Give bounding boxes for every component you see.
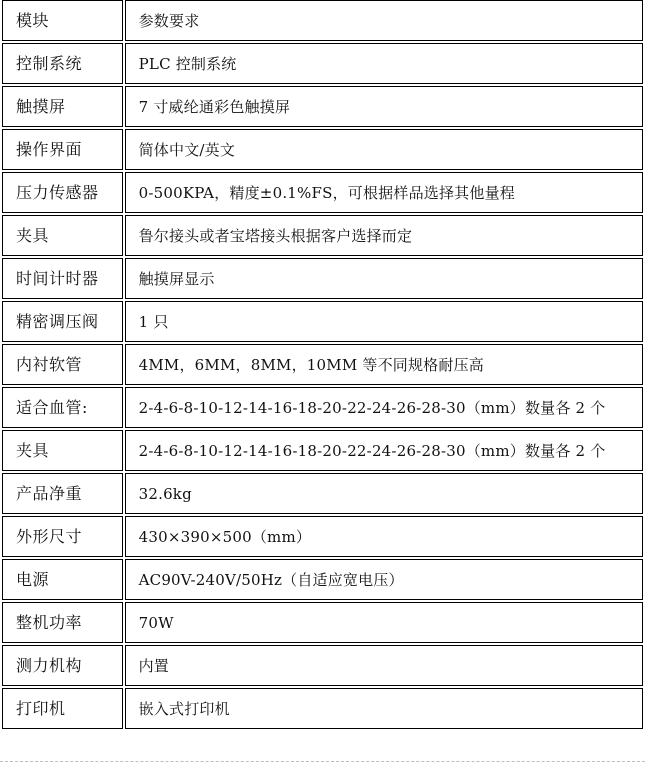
value-text: 2-4-6-8-10-12-14-16-18-20-22-24-26-28-30… bbox=[139, 440, 642, 461]
key-text: 整机功率 bbox=[16, 612, 122, 633]
table-cell-value: 430×390×500（mm） bbox=[125, 516, 643, 557]
table-row: 适合血管: 2-4-6-8-10-12-14-16-18-20-22-24-26… bbox=[2, 387, 643, 428]
value-text: 嵌入式打印机 bbox=[139, 698, 642, 719]
key-text: 操作界面 bbox=[16, 139, 122, 160]
value-text: 70W bbox=[139, 612, 642, 633]
value-text: 4MM，6MM，8MM，10MM 等不同规格耐压高 bbox=[139, 354, 642, 375]
table-cell-key: 操作界面 bbox=[2, 129, 123, 170]
table-row: 整机功率 70W bbox=[2, 602, 643, 643]
table-cell-value: 70W bbox=[125, 602, 643, 643]
table-cell-key: 控制系统 bbox=[2, 43, 123, 84]
table-cell-key: 模块 bbox=[2, 0, 123, 41]
key-text: 外形尺寸 bbox=[16, 526, 122, 547]
table-cell-value: 内置 bbox=[125, 645, 643, 686]
table-row: 夹具 2-4-6-8-10-12-14-16-18-20-22-24-26-28… bbox=[2, 430, 643, 471]
table-row: 压力传感器 0-500KPA，精度±0.1%FS，可根据样品选择其他量程 bbox=[2, 172, 643, 213]
value-text: 430×390×500（mm） bbox=[139, 526, 642, 547]
table-row: 测力机构 内置 bbox=[2, 645, 643, 686]
key-text: 压力传感器 bbox=[16, 182, 122, 203]
value-text: 内置 bbox=[139, 655, 642, 676]
table-cell-key: 适合血管: bbox=[2, 387, 123, 428]
table-cell-value: AC90V-240V/50Hz（自适应宽电压） bbox=[125, 559, 643, 600]
key-text: 内衬软管 bbox=[16, 354, 122, 375]
key-text: 电源 bbox=[16, 569, 122, 590]
key-text: 模块 bbox=[16, 10, 122, 31]
key-text: 产品净重 bbox=[16, 483, 122, 504]
table-cell-value: 参数要求 bbox=[125, 0, 643, 41]
table-row: 产品净重 32.6kg bbox=[2, 473, 643, 514]
key-text: 夹具 bbox=[16, 225, 122, 246]
value-text: 2-4-6-8-10-12-14-16-18-20-22-24-26-28-30… bbox=[139, 397, 642, 418]
table-cell-value: 2-4-6-8-10-12-14-16-18-20-22-24-26-28-30… bbox=[125, 387, 643, 428]
table-row: 控制系统 PLC 控制系统 bbox=[2, 43, 643, 84]
value-text: 7 寸威纶通彩色触摸屏 bbox=[139, 96, 642, 117]
value-text: 0-500KPA，精度±0.1%FS，可根据样品选择其他量程 bbox=[139, 182, 642, 203]
table-cell-value: 触摸屏显示 bbox=[125, 258, 643, 299]
spec-table: 模块 参数要求 控制系统 PLC 控制系统 触摸屏 7 寸威纶通彩色触摸屏 操作… bbox=[0, 0, 645, 731]
table-row: 打印机 嵌入式打印机 bbox=[2, 688, 643, 729]
table-cell-key: 夹具 bbox=[2, 430, 123, 471]
key-text: 控制系统 bbox=[16, 53, 122, 74]
spec-table-body: 模块 参数要求 控制系统 PLC 控制系统 触摸屏 7 寸威纶通彩色触摸屏 操作… bbox=[2, 0, 643, 729]
table-row: 精密调压阀 1 只 bbox=[2, 301, 643, 342]
value-text: 鲁尔接头或者宝塔接头根据客户选择而定 bbox=[139, 225, 642, 246]
table-cell-key: 打印机 bbox=[2, 688, 123, 729]
table-row: 触摸屏 7 寸威纶通彩色触摸屏 bbox=[2, 86, 643, 127]
value-text: 触摸屏显示 bbox=[139, 268, 642, 289]
table-cell-value: 2-4-6-8-10-12-14-16-18-20-22-24-26-28-30… bbox=[125, 430, 643, 471]
table-row: 操作界面 简体中文/英文 bbox=[2, 129, 643, 170]
table-cell-value: 鲁尔接头或者宝塔接头根据客户选择而定 bbox=[125, 215, 643, 256]
table-row: 时间计时器 触摸屏显示 bbox=[2, 258, 643, 299]
page-bottom-divider bbox=[0, 761, 645, 762]
table-cell-value: 嵌入式打印机 bbox=[125, 688, 643, 729]
table-cell-key: 时间计时器 bbox=[2, 258, 123, 299]
table-cell-key: 压力传感器 bbox=[2, 172, 123, 213]
key-text: 测力机构 bbox=[16, 655, 122, 676]
key-text: 时间计时器 bbox=[16, 268, 122, 289]
table-cell-key: 内衬软管 bbox=[2, 344, 123, 385]
value-text: PLC 控制系统 bbox=[139, 53, 642, 74]
table-cell-value: PLC 控制系统 bbox=[125, 43, 643, 84]
value-text: 参数要求 bbox=[139, 10, 642, 31]
key-text: 打印机 bbox=[16, 698, 122, 719]
table-row: 夹具 鲁尔接头或者宝塔接头根据客户选择而定 bbox=[2, 215, 643, 256]
key-text: 触摸屏 bbox=[16, 96, 122, 117]
table-cell-value: 4MM，6MM，8MM，10MM 等不同规格耐压高 bbox=[125, 344, 643, 385]
table-row: 内衬软管 4MM，6MM，8MM，10MM 等不同规格耐压高 bbox=[2, 344, 643, 385]
table-row-header: 模块 参数要求 bbox=[2, 0, 643, 41]
table-cell-key: 产品净重 bbox=[2, 473, 123, 514]
table-cell-key: 外形尺寸 bbox=[2, 516, 123, 557]
key-text: 适合血管: bbox=[16, 397, 122, 418]
value-text: 1 只 bbox=[139, 311, 642, 332]
key-text: 夹具 bbox=[16, 440, 122, 461]
table-cell-value: 1 只 bbox=[125, 301, 643, 342]
value-text: AC90V-240V/50Hz（自适应宽电压） bbox=[139, 569, 642, 590]
key-text: 精密调压阀 bbox=[16, 311, 122, 332]
table-cell-key: 精密调压阀 bbox=[2, 301, 123, 342]
value-text: 简体中文/英文 bbox=[139, 139, 642, 160]
table-cell-key: 夹具 bbox=[2, 215, 123, 256]
table-cell-key: 整机功率 bbox=[2, 602, 123, 643]
value-text: 32.6kg bbox=[139, 483, 642, 504]
table-cell-value: 0-500KPA，精度±0.1%FS，可根据样品选择其他量程 bbox=[125, 172, 643, 213]
table-cell-value: 7 寸威纶通彩色触摸屏 bbox=[125, 86, 643, 127]
table-row: 电源 AC90V-240V/50Hz（自适应宽电压） bbox=[2, 559, 643, 600]
table-cell-key: 触摸屏 bbox=[2, 86, 123, 127]
table-cell-value: 32.6kg bbox=[125, 473, 643, 514]
table-cell-key: 电源 bbox=[2, 559, 123, 600]
table-row: 外形尺寸 430×390×500（mm） bbox=[2, 516, 643, 557]
table-cell-key: 测力机构 bbox=[2, 645, 123, 686]
table-cell-value: 简体中文/英文 bbox=[125, 129, 643, 170]
